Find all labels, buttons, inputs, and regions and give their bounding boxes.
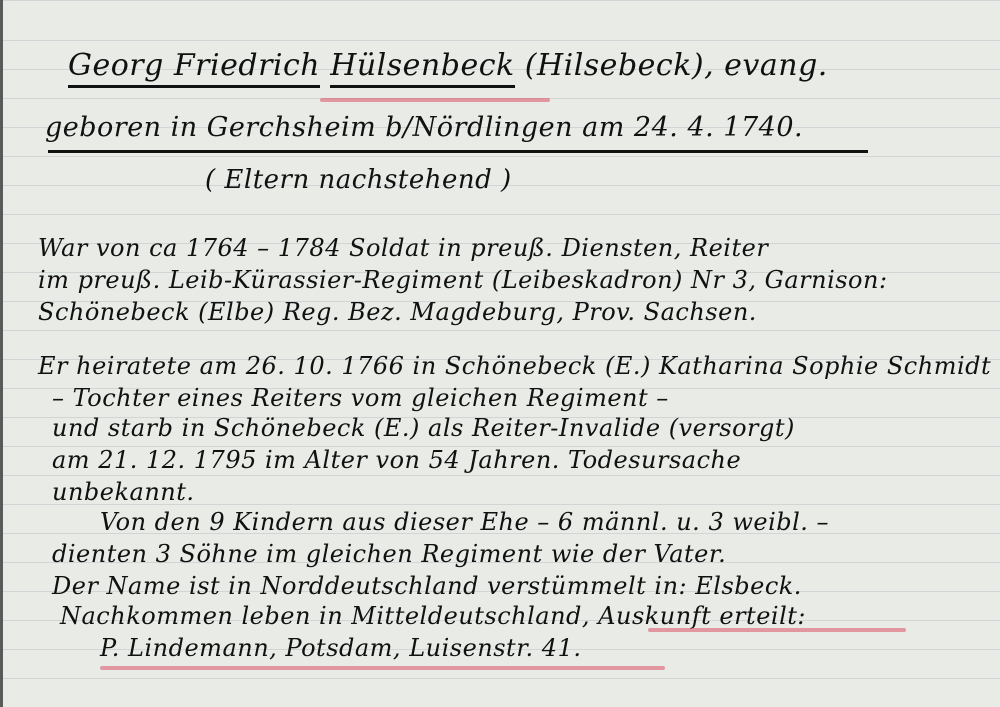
paragraph-3-line-1: Von den 9 Kindern aus dieser Ehe – 6 män… [100, 508, 829, 536]
paragraph-3-line-2: dienten 3 Söhne im gleichen Regiment wie… [52, 540, 726, 568]
contact-line: P. Lindemann, Potsdam, Luisenstr. 41. [100, 634, 581, 662]
given-names: Georg Friedrich [68, 48, 320, 88]
paragraph-3-line-3: Der Name ist in Norddeutschland verstümm… [52, 572, 802, 600]
birth-line-underline [48, 150, 868, 153]
header-name-line: Georg Friedrich Hülsenbeck (Hilsebeck), … [68, 48, 828, 83]
paragraph-1-line-3: Schönebeck (Elbe) Reg. Bez. Magdeburg, P… [38, 298, 757, 326]
paragraph-2-line-1: Er heiratete am 26. 10. 1766 in Schönebe… [38, 352, 991, 380]
header-birth-line: geboren in Gerchsheim b/Nördlingen am 24… [45, 112, 803, 143]
surname: Hülsenbeck [330, 48, 515, 88]
paragraph-1-line-2: im preuß. Leib-Kürassier-Regiment (Leibe… [38, 266, 888, 294]
paragraph-2-line-4: am 21. 12. 1795 im Alter von 54 Jahren. … [52, 446, 741, 474]
paragraph-3-line-4: Nachkommen leben in Mitteldeutschland, A… [60, 602, 806, 630]
religion: evang. [724, 48, 828, 83]
birth-place: geboren in Gerchsheim b/Nördlingen am [45, 112, 625, 143]
info-red-underline [648, 628, 906, 632]
index-card: Georg Friedrich Hülsenbeck (Hilsebeck), … [0, 0, 1000, 707]
paragraph-2-line-2: – Tochter eines Reiters vom gleichen Reg… [52, 384, 669, 412]
parents-note: ( Eltern nachstehend ) [205, 165, 512, 195]
birth-date: 24. 4. 1740. [634, 112, 803, 143]
alt-surname: (Hilsebeck), [525, 48, 714, 83]
paragraph-1-line-1: War von ca 1764 – 1784 Soldat in preuß. … [38, 234, 768, 262]
surname-red-underline [320, 98, 550, 102]
paragraph-2-line-5: unbekannt. [52, 478, 195, 506]
contact-red-underline [100, 666, 665, 670]
card-edge [0, 0, 3, 707]
paragraph-2-line-3: und starb in Schönebeck (E.) als Reiter-… [52, 414, 795, 442]
